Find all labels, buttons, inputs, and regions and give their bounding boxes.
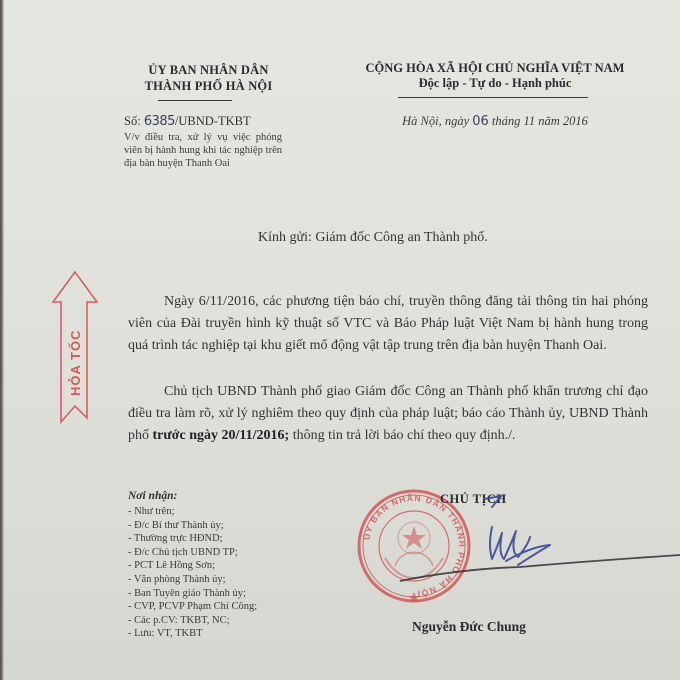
doc-number-suffix: /UBND-TKBT bbox=[175, 114, 251, 128]
recipient-item: - Thường trực HĐND; bbox=[128, 532, 257, 546]
issuer-line-2: THÀNH PHỐ HÀ NỘI bbox=[96, 78, 321, 94]
recipient-item: - Như trên; bbox=[128, 505, 257, 519]
signatory-name: Nguyễn Đức Chung bbox=[412, 619, 526, 635]
urgency-arrow-stamp-icon: HỎA TỐC bbox=[45, 268, 105, 438]
national-motto: Độc lập - Tự do - Hạnh phúc bbox=[330, 76, 660, 91]
national-title: CỘNG HÒA XÃ HỘI CHỦ NGHĨA VIỆT NAM bbox=[330, 60, 660, 76]
dateline: Hà Nội, ngày 06 tháng 11 năm 2016 bbox=[330, 114, 660, 129]
document-number: Số: 6385/UBND-TKBT bbox=[124, 114, 251, 129]
dateline-prefix: Hà Nội, ngày bbox=[402, 114, 472, 128]
greeting: Kính gửi: Giám đốc Công an Thành phố. bbox=[258, 230, 488, 246]
recipient-item: - Đ/c Bí thư Thành ủy; bbox=[128, 519, 257, 533]
issuer-line-1: ỦY BAN NHÂN DÂN bbox=[96, 62, 321, 78]
dateline-day-handwritten: 06 bbox=[472, 114, 489, 129]
deadline-text: trước ngày 20/11/2016; bbox=[153, 428, 290, 443]
recipients-list: - Như trên; - Đ/c Bí thư Thành ủy; - Thư… bbox=[128, 505, 257, 641]
recipient-item: - Các p.CV: TKBT, NC; bbox=[128, 614, 257, 628]
scan-edge bbox=[0, 0, 4, 680]
motto-underline bbox=[398, 97, 588, 98]
recipient-item: - Lưu: VT, TKBT bbox=[128, 627, 257, 641]
doc-number-handwritten: 6385 bbox=[144, 114, 175, 129]
document-page: ỦY BAN NHÂN DÂN THÀNH PHỐ HÀ NỘI Số: 638… bbox=[0, 0, 680, 680]
issuer-underline bbox=[158, 100, 232, 101]
recipient-item: - CVP, PCVP Phạm Chí Công; bbox=[128, 600, 257, 614]
issuing-authority: ỦY BAN NHÂN DÂN THÀNH PHỐ HÀ NỘI bbox=[96, 62, 321, 94]
svg-text:HỎA TỐC: HỎA TỐC bbox=[68, 330, 83, 396]
body-paragraph-2: Chủ tịch UBND Thành phố giao Giám đốc Cô… bbox=[128, 381, 648, 447]
recipients-title: Nơi nhận: bbox=[128, 490, 177, 502]
recipient-item: - Ban Tuyên giáo Thành ủy; bbox=[128, 587, 257, 601]
recipient-item: - Đ/c Chủ tịch UBND TP; bbox=[128, 546, 257, 560]
recipient-item: - PCT Lê Hồng Sơn; bbox=[128, 559, 257, 573]
dateline-suffix: tháng 11 năm 2016 bbox=[489, 114, 588, 128]
handwritten-signature-icon bbox=[380, 495, 680, 605]
paragraph-1-text: Ngày 6/11/2016, các phương tiện báo chí,… bbox=[128, 291, 648, 357]
recipient-item: - Văn phòng Thành ủy; bbox=[128, 573, 257, 587]
doc-number-prefix: Số: bbox=[124, 114, 144, 128]
body-paragraph-1: Ngày 6/11/2016, các phương tiện báo chí,… bbox=[128, 291, 648, 357]
paragraph-2-tail: thông tin trả lời báo chí theo quy định.… bbox=[289, 428, 515, 443]
document-subject: V/v điều tra, xử lý vụ việc phóng viên b… bbox=[124, 131, 282, 170]
